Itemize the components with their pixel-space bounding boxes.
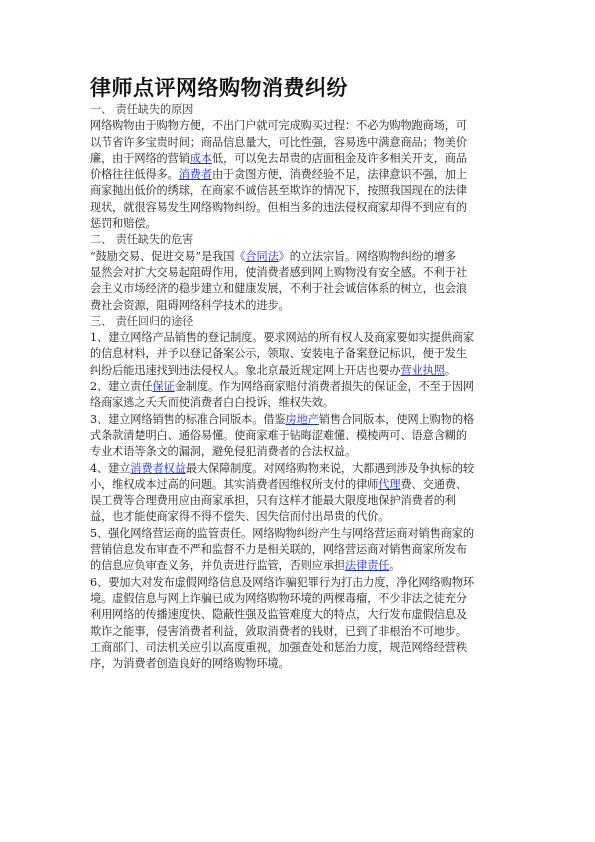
text-run: 网络购物由于购物方便，不出门户就可完成购买过程：不必为购物跑商场，可 — [90, 119, 467, 132]
text-run: 6、要加大对发布虚假网络信息及网络诈骗犯罪行为打击力度，净化网络购物环 — [90, 576, 474, 589]
hyperlink[interactable]: 营业执照 — [400, 364, 444, 377]
text-run: 欺诈之能事，侵害消费者利益，敛取消费者的钱财，已到了非根治不可地步。 — [90, 625, 467, 638]
text-run: 最大保障制度。对网络购物来说，大都遇到涉及争执标的较 — [186, 462, 474, 475]
paragraph-line: 络商家逃之夭夭而使消费者白白投诉，维权失效。 — [90, 395, 510, 411]
text-run: 以节省许多宝贵时间；商品信息量大，可比性强，容易选中满意商品；物美价 — [90, 136, 467, 149]
paragraph-line: “鼓励交易、促进交易”是我国《合同法》的立法宗旨。网络购物纠纷的增多 — [90, 249, 510, 265]
hyperlink[interactable]: 代理 — [378, 478, 400, 491]
paragraph-line: 3、建立网络销售的标准合同版本。借鉴房地产销售合同版本，使网上购物的格 — [90, 412, 510, 428]
text-run: 。 — [389, 559, 400, 572]
text-run: 境。虚假信息与网上诈骗已成为网络购物环境的两棵毒瘤，不少非法之徒充分 — [90, 592, 467, 605]
hyperlink[interactable]: 消费者权益 — [130, 462, 185, 475]
text-run: 》的立法宗旨。网络购物纠纷的增多 — [279, 250, 456, 263]
paragraph-line: 境。虚假信息与网上诈骗已成为网络购物环境的两棵毒瘤，不少非法之徒充分 — [90, 591, 510, 607]
text-run: 营销信息发布审查不严和监督不力是相关联的，网络营运商对销售商家所发布 — [90, 543, 467, 556]
paragraph-line: 营销信息发布审查不严和监督不力是相关联的，网络营运商对销售商家所发布 — [90, 542, 510, 558]
text-run: 现状，就很容易发生网络购物纠纷。但相当多的违法侵权商家却得不到应有的 — [90, 201, 467, 214]
text-run: 惩罚和赔偿。 — [90, 217, 157, 230]
text-run: 。 — [445, 364, 456, 377]
text-run: 工商部门、司法机关应引以高度重视，加强查处和惩治力度，规范网络经营秩 — [90, 641, 467, 654]
paragraph-line: 5、强化网络营运商的监管责任。网络购物纠纷产生与网络营运商对销售商家的 — [90, 526, 510, 542]
text-run: 费社会资源，阻碍网络科学技术的进步。 — [90, 299, 290, 312]
paragraph-line: 网络购物由于购物方便，不出门户就可完成购买过程：不必为购物跑商场，可 — [90, 118, 510, 134]
text-run: 利用网络的传播速度快、隐蔽性强及监管难度大的特点，大行发布虚假信息及 — [90, 608, 467, 621]
text-run: 4、建立 — [90, 462, 130, 475]
text-run: 廉，由于网络的营销 — [90, 152, 190, 165]
text-run: 3、建立网络销售的标准合同版本。借鉴 — [90, 413, 286, 426]
text-run: 低，可以免去昂贵的店面租金及许多相关开支，商品 — [212, 152, 467, 165]
document-title: 律师点评网络购物消费纠纷 — [90, 74, 510, 102]
text-run: 专业术语等条文的漏洞，避免侵犯消费者的合法权益。 — [90, 445, 356, 458]
text-run: 序，为消费者创造良好的网络购物环境。 — [90, 657, 290, 670]
paragraph-line: 商家抛出低价的绣球，在商家不诚信甚至欺诈的情况下，按照我国现在的法律 — [90, 183, 510, 199]
text-run: 络商家逃之夭夭而使消费者白白投诉，维权失效。 — [90, 396, 334, 409]
section-heading: 一、 责任缺失的原因 — [90, 102, 510, 118]
paragraph-line: 误工费等合理费用应由商家承担，只有这样才能最大限度地保护消费者的利 — [90, 493, 510, 509]
paragraph-line: 廉，由于网络的营销成本低，可以免去昂贵的店面租金及许多相关开支，商品 — [90, 151, 510, 167]
text-run: 金制度。作为网络商家赔付消费者损失的保证金，不至于因网 — [175, 380, 474, 393]
paragraph-line: 工商部门、司法机关应引以高度重视，加强查处和惩治力度，规范网络经营秩 — [90, 640, 510, 656]
text-run: 2、建立责任 — [90, 380, 152, 393]
paragraph-line: 会主义市场经济的稳步建立和健康发展，不利于社会诚信体系的树立，也会浪 — [90, 281, 510, 297]
hyperlink[interactable]: 消费者 — [179, 168, 212, 181]
text-run: 商家抛出低价的绣球，在商家不诚信甚至欺诈的情况下，按照我国现在的法律 — [90, 184, 467, 197]
text-run: 5、强化网络营运商的监管责任。网络购物纠纷产生与网络营运商对销售商家的 — [90, 527, 474, 540]
text-run: 的信息材料，并予以登记备案公示，领取、安装电子备案登记标识，便于发生 — [90, 347, 467, 360]
text-run: 式条款清楚明白、通俗易懂。使商家难于钻晦涩难懂、模棱两可、语意含糊的 — [90, 429, 467, 442]
paragraph-line: 小，维权成本过高的问题。其实消费者因维权所支付的律师代理费、交通费、 — [90, 477, 510, 493]
paragraph-line: 6、要加大对发布虚假网络信息及网络诈骗犯罪行为打击力度，净化网络购物环 — [90, 575, 510, 591]
text-run: 显然会对扩大交易起阻碍作用，使消费者感到网上购物没有安全感。不利于社 — [90, 266, 467, 279]
paragraph-line: 纠纷后能迅速找到违法侵权人。象北京最近规定网上开店也要办营业执照。 — [90, 363, 510, 379]
paragraph-line: 欺诈之能事，侵害消费者利益，敛取消费者的钱财，已到了非根治不可地步。 — [90, 624, 510, 640]
hyperlink[interactable]: 合同法 — [245, 250, 278, 263]
paragraph-line: 4、建立消费者权益最大保障制度。对网络购物来说，大都遇到涉及争执标的较 — [90, 461, 510, 477]
text-run: 小，维权成本过高的问题。其实消费者因维权所支付的律师 — [90, 478, 378, 491]
hyperlink[interactable]: 成本 — [190, 152, 212, 165]
paragraph-line: 益，也才能使商家得不得不偿失、因失信而付出昂贵的代价。 — [90, 509, 510, 525]
paragraph-line: 1、建立网络产品销售的登记制度。要求网站的所有权人及商家要如实提供商家 — [90, 330, 510, 346]
text-run: 的信息应负审查义务，并负责进行监管，否则应承担 — [90, 559, 345, 572]
paragraph-line: 专业术语等条文的漏洞，避免侵犯消费者的合法权益。 — [90, 444, 510, 460]
section-heading: 三、 责任回归的途径 — [90, 314, 510, 330]
text-run: 益，也才能使商家得不得不偿失、因失信而付出昂贵的代价。 — [90, 510, 389, 523]
text-run: 1、建立网络产品销售的登记制度。要求网站的所有权人及商家要如实提供商家 — [90, 331, 474, 344]
text-run: 纠纷后能迅速找到违法侵权人。象北京最近规定网上开店也要办 — [90, 364, 400, 377]
paragraph-line: 序，为消费者创造良好的网络购物环境。 — [90, 656, 510, 672]
paragraph-line: 费社会资源，阻碍网络科学技术的进步。 — [90, 298, 510, 314]
paragraph-line: 现状，就很容易发生网络购物纠纷。但相当多的违法侵权商家却得不到应有的 — [90, 200, 510, 216]
paragraph-line: 显然会对扩大交易起阻碍作用，使消费者感到网上购物没有安全感。不利于社 — [90, 265, 510, 281]
paragraph-line: 式条款清楚明白、通俗易懂。使商家难于钻晦涩难懂、模棱两可、语意含糊的 — [90, 428, 510, 444]
paragraph-line: 以节省许多宝贵时间；商品信息量大，可比性强，容易选中满意商品；物美价 — [90, 135, 510, 151]
text-run: 价格往往低得多。 — [90, 168, 179, 181]
text-run: “鼓励交易、促进交易”是我国《 — [90, 250, 245, 263]
text-run: 由于贪图方便，消费经验不足，法律意识不强，加上 — [212, 168, 467, 181]
text-run: 会主义市场经济的稳步建立和健康发展，不利于社会诚信体系的树立，也会浪 — [90, 282, 467, 295]
hyperlink[interactable]: 保证 — [152, 380, 174, 393]
paragraph-line: 的信息应负审查义务，并负责进行监管，否则应承担法律责任。 — [90, 558, 510, 574]
section-heading: 二、 责任缺失的危害 — [90, 232, 510, 248]
paragraph-line: 价格往往低得多。消费者由于贪图方便，消费经验不足，法律意识不强，加上 — [90, 167, 510, 183]
paragraph-line: 惩罚和赔偿。 — [90, 216, 510, 232]
document-body: 一、 责任缺失的原因网络购物由于购物方便，不出门户就可完成购买过程：不必为购物跑… — [90, 102, 510, 672]
paragraph-line: 利用网络的传播速度快、隐蔽性强及监管难度大的特点，大行发布虚假信息及 — [90, 607, 510, 623]
text-run: 误工费等合理费用应由商家承担，只有这样才能最大限度地保护消费者的利 — [90, 494, 456, 507]
paragraph-line: 的信息材料，并予以登记备案公示，领取、安装电子备案登记标识，便于发生 — [90, 346, 510, 362]
document-page: 律师点评网络购物消费纠纷 一、 责任缺失的原因网络购物由于购物方便，不出门户就可… — [90, 74, 510, 672]
text-run: 销售合同版本，使网上购物的格 — [319, 413, 474, 426]
hyperlink[interactable]: 房地产 — [286, 413, 319, 426]
hyperlink[interactable]: 法律责任 — [345, 559, 389, 572]
paragraph-line: 2、建立责任保证金制度。作为网络商家赔付消费者损失的保证金，不至于因网 — [90, 379, 510, 395]
text-run: 费、交通费、 — [400, 478, 467, 491]
